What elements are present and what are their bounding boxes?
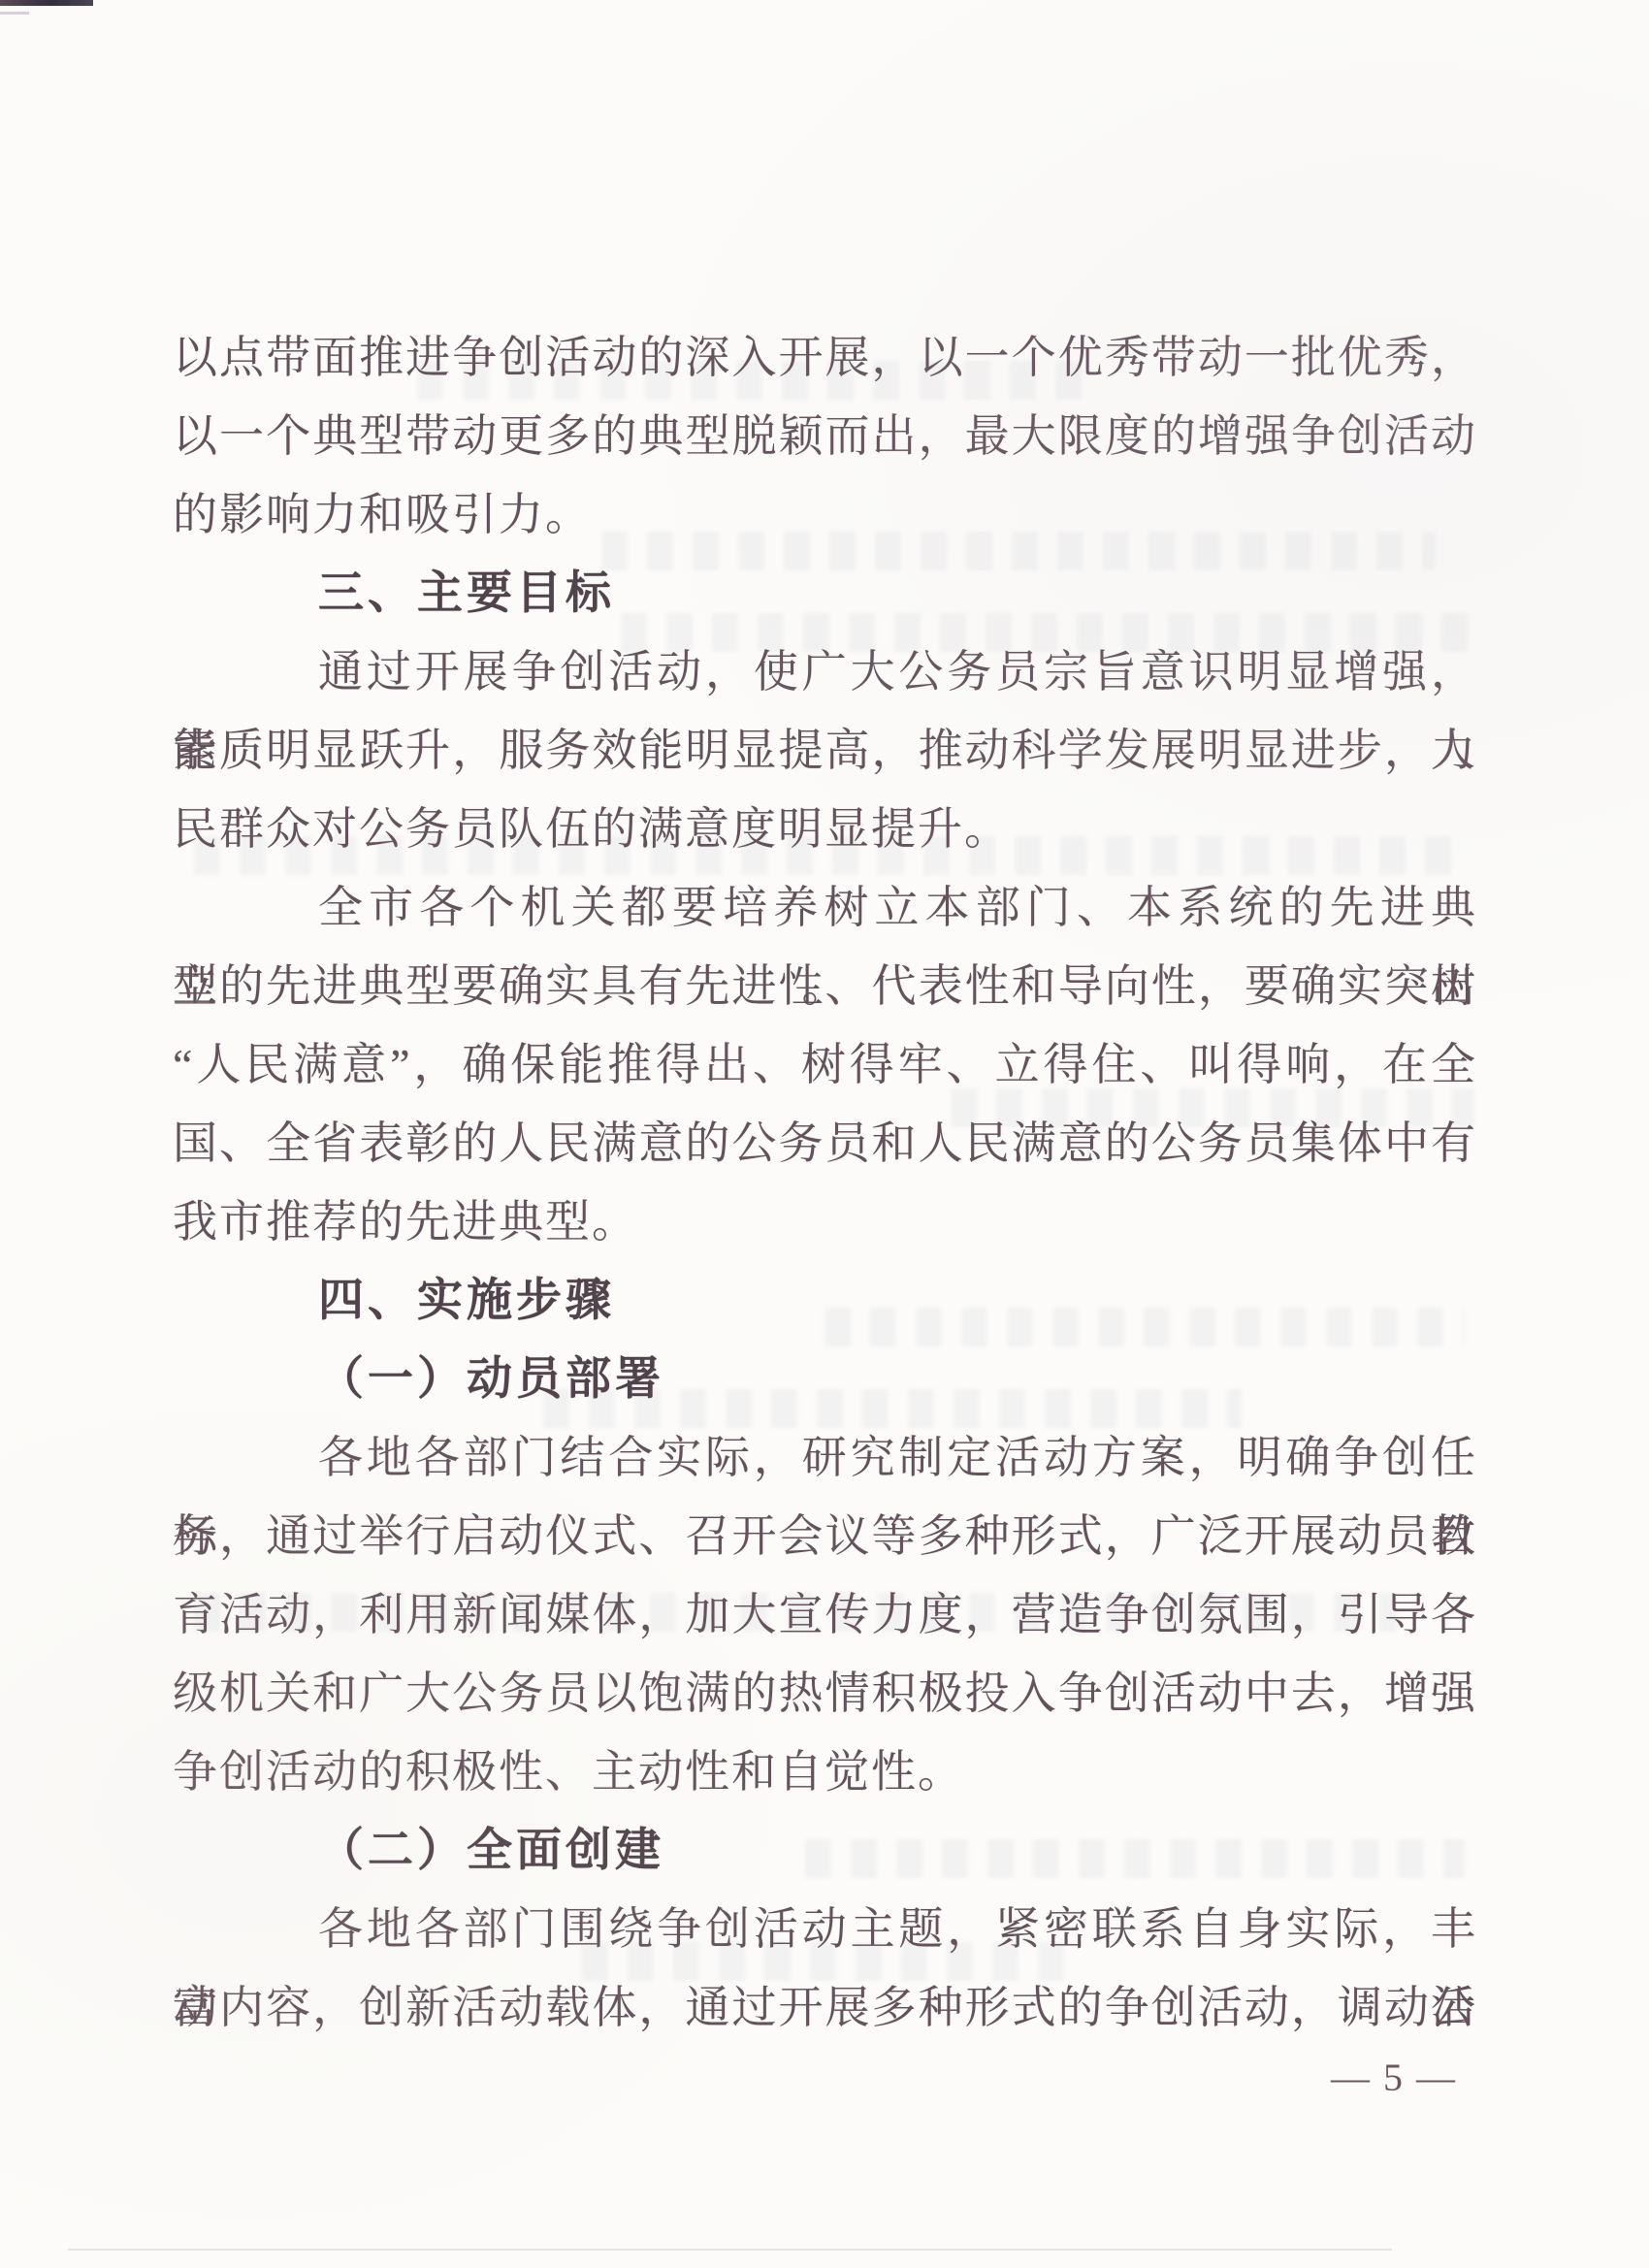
section-heading: 三、主要目标 bbox=[173, 554, 1477, 632]
text-line: 各地各部门围绕争创活动主题，紧密联系自身实际，丰富活 bbox=[173, 1890, 1477, 1968]
section-heading: （二）全面创建 bbox=[173, 1811, 1477, 1890]
text-line: 标，通过举行启动仪式、召开会议等多种形式，广泛开展动员教 bbox=[173, 1497, 1477, 1575]
text-line: 通过开展争创活动，使广大公务员宗旨意识明显增强，能力 bbox=[173, 632, 1477, 711]
scan-edge-artifact bbox=[68, 2249, 1392, 2251]
text-line: 级机关和广大公务员以饱满的热情积极投入争创活动中去，增强 bbox=[173, 1654, 1477, 1733]
text-line: 民群众对公务员队伍的满意度明显提升。 bbox=[173, 790, 1477, 868]
section-heading: （一）动员部署 bbox=[173, 1340, 1477, 1418]
page-number: — 5 — bbox=[1331, 2055, 1457, 2100]
section-heading: 四、实施步骤 bbox=[173, 1261, 1477, 1340]
text-line: 国、全省表彰的人民满意的公务员和人民满意的公务员集体中有 bbox=[173, 1104, 1477, 1183]
text-line: 争创活动的积极性、主动性和自觉性。 bbox=[173, 1733, 1477, 1811]
text-line: 以一个典型带动更多的典型脱颖而出，最大限度的增强争创活动 bbox=[173, 397, 1477, 475]
text-line: 以点带面推进争创活动的深入开展，以一个优秀带动一批优秀， bbox=[173, 318, 1477, 397]
document-page: 以点带面推进争创活动的深入开展，以一个优秀带动一批优秀，以一个典型带动更多的典型… bbox=[0, 0, 1649, 2268]
text-line: 各地各部门结合实际，研究制定活动方案，明确争创任务目 bbox=[173, 1418, 1477, 1497]
text-line: 素质明显跃升，服务效能明显提高，推动科学发展明显进步，人 bbox=[173, 711, 1477, 790]
text-line: 的影响力和吸引力。 bbox=[173, 475, 1477, 554]
scan-edge-artifact bbox=[0, 0, 93, 6]
text-line: 育活动，利用新闻媒体，加大宣传力度，营造争创氛围，引导各 bbox=[173, 1575, 1477, 1654]
text-line: 我市推荐的先进典型。 bbox=[173, 1183, 1477, 1261]
text-line: 动内容，创新活动载体，通过开展多种形式的争创活动，调动公 bbox=[173, 1968, 1477, 2047]
scan-edge-artifact bbox=[0, 12, 29, 15]
text-line: “人民满意”，确保能推得出、树得牢、立得住、叫得响，在全 bbox=[173, 1025, 1477, 1104]
text-line: 立的先进典型要确实具有先进性、代表性和导向性，要确实突出 bbox=[173, 947, 1477, 1025]
text-block: 以点带面推进争创活动的深入开展，以一个优秀带动一批优秀，以一个典型带动更多的典型… bbox=[173, 318, 1477, 2047]
text-line: 全市各个机关都要培养树立本部门、本系统的先进典型。树 bbox=[173, 868, 1477, 947]
